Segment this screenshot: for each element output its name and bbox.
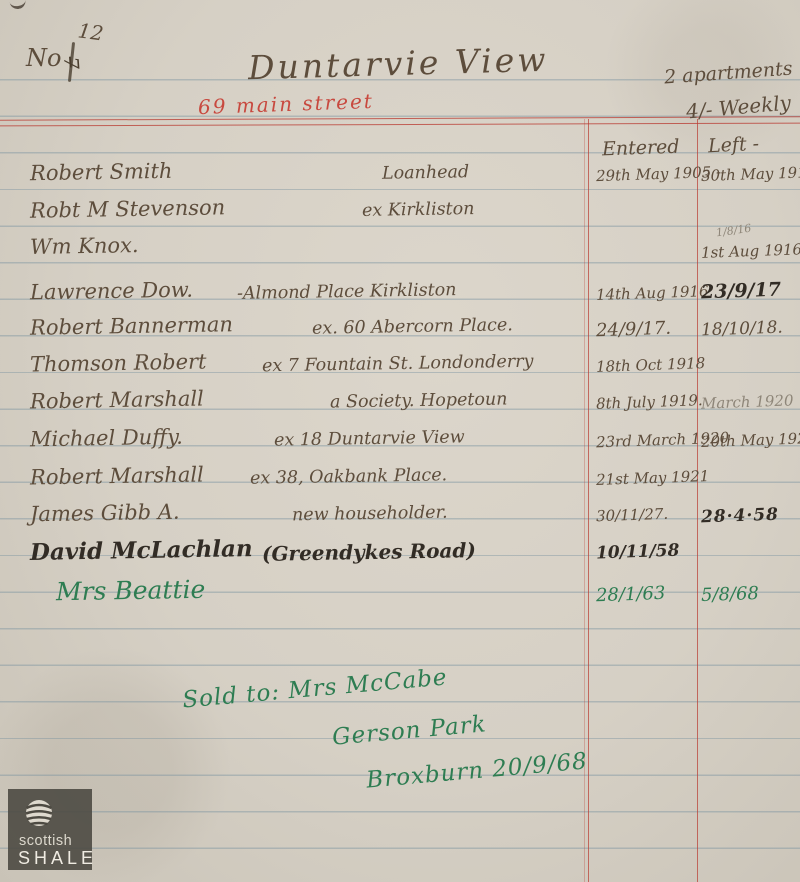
table-row: David McLachlan (Greendykes Road) 10/11/…: [0, 537, 800, 573]
tenant-origin: ex 38, Oakbank Place.: [250, 465, 447, 488]
tenant-name: Robert Bannerman: [30, 312, 233, 340]
sold-note-line2: Gerson Park: [331, 711, 488, 750]
tenant-name: Robert Marshall: [30, 386, 204, 413]
street-address: 69 main street: [198, 89, 375, 119]
ledger-page: No712 Duntarvie View 69 main street 2 ap…: [0, 0, 800, 882]
tenant-name: Wm Knox.: [30, 233, 139, 259]
tenant-name: Robert Marshall: [30, 462, 204, 489]
table-row: Lawrence Dow. -Almond Place Kirkliston 1…: [0, 279, 800, 315]
apartments-note: 2 apartments: [663, 58, 793, 89]
tenant-name: James Gibb A.: [30, 500, 180, 527]
column-header-left: Left -: [707, 133, 759, 158]
page-number-new: 12: [76, 18, 105, 45]
entered-date: 30/11/27.: [596, 505, 669, 526]
table-row: Robert Marshall a Society. Hopetoun 8th …: [0, 388, 800, 424]
table-row: Thomson Robert ex 7 Fountain St. Londond…: [0, 351, 800, 387]
table-row: Mrs Beattie 28/1/63 5/8/68: [0, 576, 800, 612]
page-number-label: No: [26, 44, 61, 72]
tenant-origin: ex 18 Duntarvie View: [274, 427, 465, 450]
left-date: 5/8/68: [701, 583, 760, 606]
left-date: 20th May 1921: [701, 429, 800, 451]
logo-text-shale: SHALE: [18, 848, 97, 869]
red-header-rule: [0, 116, 800, 120]
table-row: Robert Marshall ex 38, Oakbank Place. 21…: [0, 464, 800, 500]
table-row: Wm Knox. 1/8/16 1st Aug 1916.: [0, 234, 800, 270]
entered-date: 24/9/17.: [596, 318, 672, 342]
tenant-name: Robt M Stevenson: [30, 195, 226, 222]
table-row: James Gibb A. new householder. 30/11/27.…: [0, 501, 800, 537]
tenant-origin: ex Kirkliston: [362, 199, 475, 221]
tenant-name: Mrs Beattie: [56, 575, 206, 607]
entered-date: 28/1/63: [596, 583, 666, 606]
tenant-name: Michael Duffy.: [30, 425, 183, 452]
pen-mark: [9, 0, 26, 10]
tenant-origin: new householder.: [292, 503, 448, 526]
logo-text-scottish: scottish: [19, 833, 72, 849]
tenant-name: David McLachlan: [30, 535, 253, 566]
tenant-name: Thomson Robert: [30, 349, 207, 376]
red-header-rule-2: [0, 123, 800, 127]
table-row: Robert Bannerman ex. 60 Abercorn Place. …: [0, 314, 800, 350]
tenant-origin: Loanhead: [382, 162, 469, 184]
table-row: Michael Duffy. ex 18 Duntarvie View 23rd…: [0, 426, 800, 462]
entered-date: 10/11/58: [596, 541, 680, 564]
left-date: 1st Aug 1916.: [701, 240, 800, 262]
tenant-name: Robert Smith: [30, 159, 173, 185]
rent-note: 4/- Weekly: [685, 90, 792, 123]
tenant-origin: ex. 60 Abercorn Place.: [312, 315, 513, 339]
column-header-entered: Entered: [602, 136, 680, 161]
left-date: 28·4·58: [701, 505, 780, 528]
page-title: Duntarvie View: [248, 40, 549, 87]
entered-date: 8th July 1919.: [596, 391, 703, 413]
globe-icon: [21, 796, 57, 832]
tenant-origin: ex 7 Fountain St. Londonderry: [262, 352, 534, 377]
tenant-origin: -Almond Place Kirkliston: [237, 280, 457, 304]
left-date: 23/9/17: [701, 279, 782, 304]
page-number: No712: [26, 44, 61, 72]
sold-note-line3: Broxburn 20/9/68: [365, 748, 588, 793]
entered-date: 14th Aug 1916: [596, 282, 709, 304]
left-date: 30th May 1911: [701, 163, 800, 185]
tenant-origin: a Society. Hopetoun: [330, 389, 508, 412]
tenant-name: Lawrence Dow.: [30, 278, 193, 305]
entered-date: 21st May 1921: [596, 467, 710, 489]
sold-note-line1: Sold to: Mrs McCabe: [181, 664, 448, 713]
table-row: Robert Smith Loanhead 29th May 1905 - 30…: [0, 160, 800, 196]
entered-date: 18th Oct 1918: [596, 354, 706, 376]
tenant-origin: (Greendykes Road): [262, 538, 476, 566]
left-date: March 1920: [701, 391, 794, 412]
scottish-shale-logo: scottish SHALE: [8, 789, 92, 870]
left-date: 18/10/18.: [701, 318, 783, 341]
table-row: Robt M Stevenson ex Kirkliston: [0, 197, 800, 233]
